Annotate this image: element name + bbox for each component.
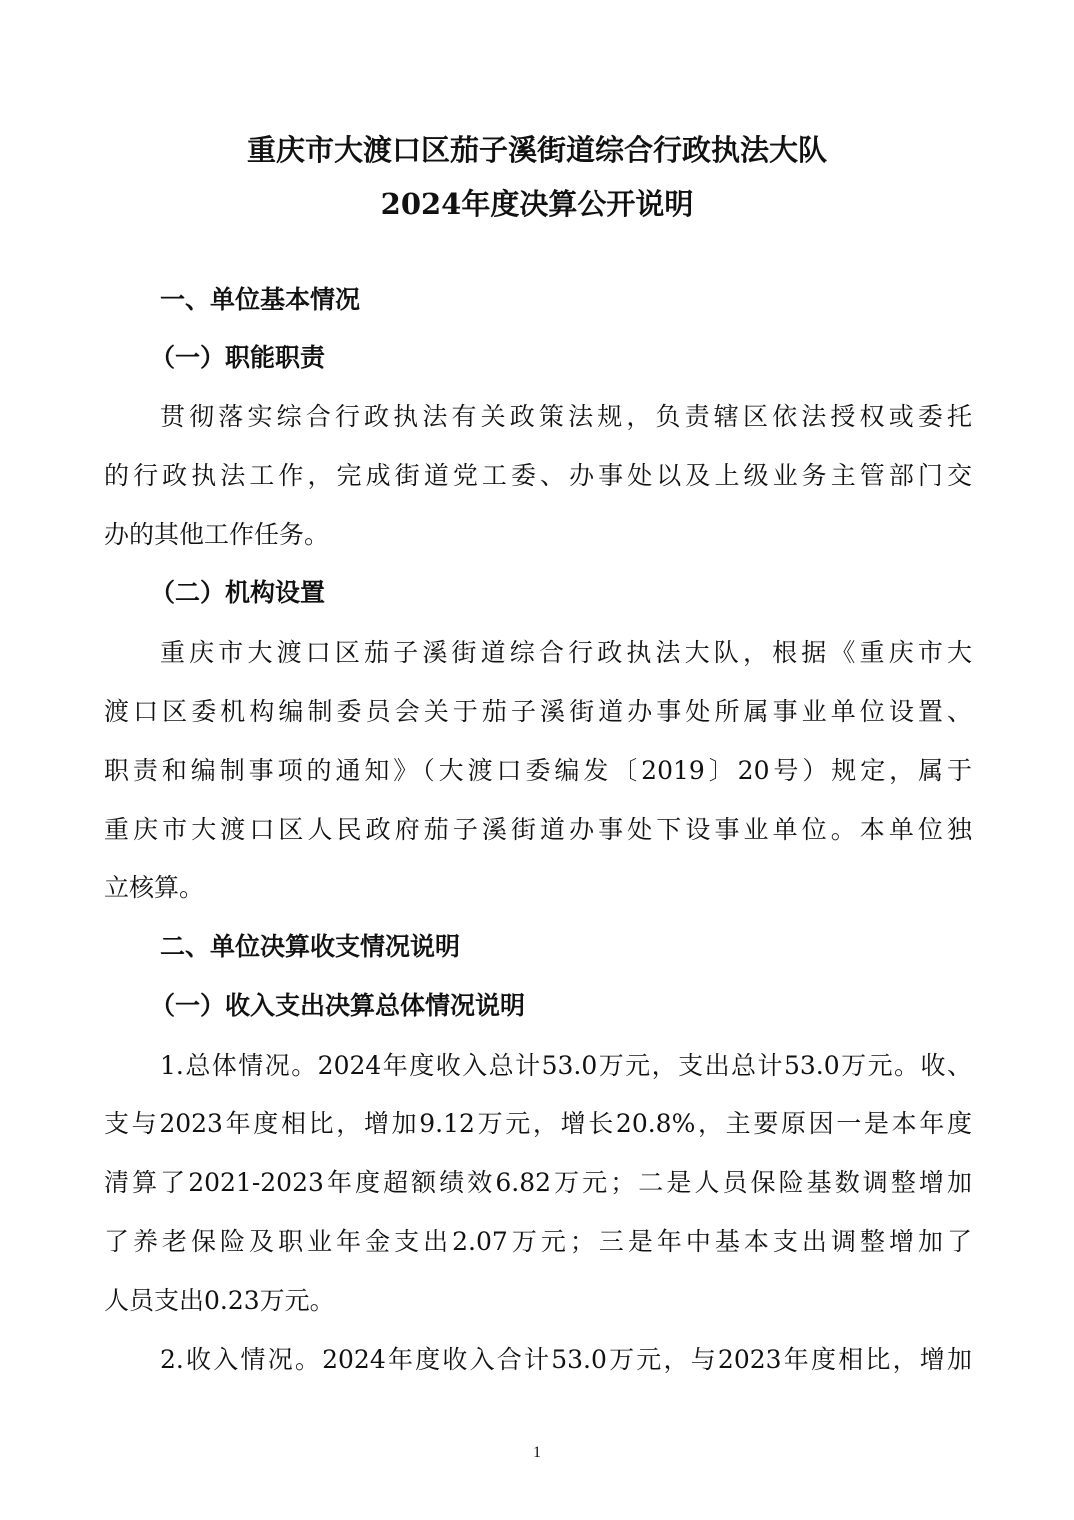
paragraph-line: 办的其他工作任务。 [104,522,972,547]
paragraph-line: 职责和编制事项的通知》（大渡口委编发〔2019〕20号）规定，属于 [104,758,972,783]
paragraph-line: 立核算。 [104,875,972,900]
paragraph-line: 重庆市大渡口区茄子溪街道综合行政执法大队，根据《重庆市大 [160,640,972,665]
paragraph-line: 重庆市大渡口区人民政府茄子溪街道办事处下设事业单位。本单位独 [104,817,972,842]
paragraph-line: 2.收入情况。2024年度收入合计53.0万元，与2023年度相比，增加 [160,1347,972,1372]
paragraph-line: 的行政执法工作，完成街道党工委、办事处以及上级业务主管部门交 [104,463,972,488]
paragraph-line: 渡口区委机构编制委员会关于茄子溪街道办事处所属事业单位设置、 [104,699,972,724]
paragraph-line: 人员支出0.23万元。 [104,1288,972,1313]
subsection-heading-duties: （一）职能职责 [150,345,325,370]
paragraph-line: 贯彻落实综合行政执法有关政策法规，负责辖区依法授权或委托 [160,404,972,429]
section-heading-budget-summary: 二、单位决算收支情况说明 [160,934,460,959]
paragraph-line: 1.总体情况。2024年度收入总计53.0万元，支出总计53.0万元。收、 [160,1053,972,1078]
paragraph-line: 清算了2021-2023年度超额绩效6.82万元；二是人员保险基数调整增加 [104,1170,972,1195]
subsection-heading-income-expense: （一）收入支出决算总体情况说明 [150,993,525,1018]
document-title-line2: 2024年度决算公开说明 [0,190,1074,219]
section-heading-basic-info: 一、单位基本情况 [160,287,360,312]
paragraph-line: 支与2023年度相比，增加9.12万元，增长20.8%，主要原因一是本年度 [104,1111,972,1136]
subsection-heading-organization: （二）机构设置 [150,580,325,605]
paragraph-line: 了养老保险及职业年金支出2.07万元；三是年中基本支出调整增加了 [104,1229,972,1254]
page-number: 1 [0,1444,1074,1462]
document-title-line1: 重庆市大渡口区茄子溪街道综合行政执法大队 [0,136,1074,165]
